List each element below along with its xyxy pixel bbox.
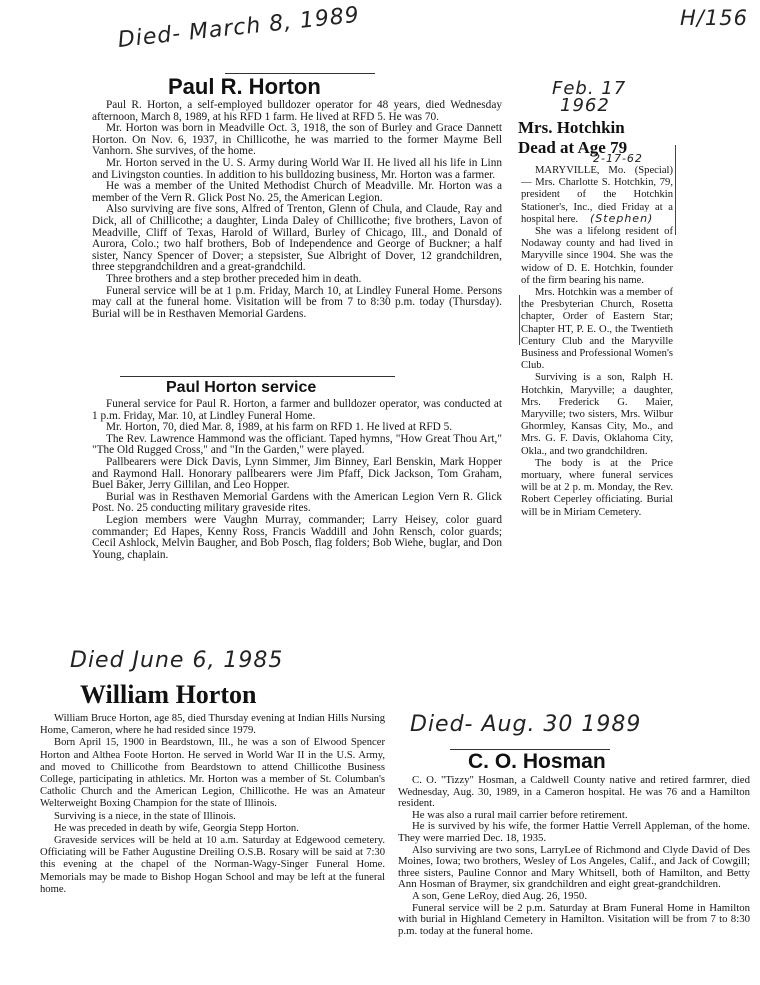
paragraph: William Bruce Horton, age 85, died Thurs… bbox=[40, 713, 385, 737]
handwritten-date-hotchkin-line2: 1962 bbox=[560, 95, 610, 116]
paragraph: Surviving is a niece, in the state of Il… bbox=[40, 811, 385, 823]
article-paul-horton-service: Funeral service for Paul R. Horton, a fa… bbox=[92, 399, 502, 561]
paragraph: C. O. "Tizzy" Hosman, a Caldwell County … bbox=[398, 775, 750, 810]
handwritten-date-co-hosman: Died- Aug. 30 1989 bbox=[410, 712, 641, 737]
paragraph: Pallbearers were Dick Davis, Lynn Simmer… bbox=[92, 457, 502, 492]
paragraph: The body is at the Price mortuary, where… bbox=[521, 458, 673, 519]
paragraph: Three brothers and a step brother preced… bbox=[92, 274, 502, 286]
headline-mrs-hotchkin-line1: Mrs. Hotchkin bbox=[518, 118, 625, 138]
paragraph: She was a lifelong resident of Nodaway c… bbox=[521, 226, 673, 287]
headline-co-hosman: C. O. Hosman bbox=[468, 750, 606, 774]
paragraph: He is survived by his wife, the former H… bbox=[398, 821, 750, 844]
paragraph: Also surviving are five sons, Alfred of … bbox=[92, 204, 502, 274]
headline-william-horton: William Horton bbox=[80, 680, 256, 710]
article-william-horton: William Bruce Horton, age 85, died Thurs… bbox=[40, 713, 385, 896]
headline-paul-horton: Paul R. Horton bbox=[168, 74, 321, 100]
paragraph: Mrs. Hotchkin was a member of the Presby… bbox=[521, 287, 673, 372]
margin-mark bbox=[675, 145, 676, 235]
paragraph: He was a member of the United Methodist … bbox=[92, 181, 502, 204]
handwritten-date-william-horton: Died June 6, 1985 bbox=[70, 648, 283, 673]
headline-paul-horton-service: Paul Horton service bbox=[166, 379, 316, 397]
handwritten-date-paul-horton: Died- March 8, 1989 bbox=[117, 3, 361, 53]
paragraph: Also surviving are two sons, LarryLee of… bbox=[398, 845, 750, 891]
article-co-hosman: C. O. "Tizzy" Hosman, a Caldwell County … bbox=[398, 775, 750, 937]
article-paul-horton: Paul R. Horton, a self-employed bulldoze… bbox=[92, 100, 502, 320]
paragraph: Paul R. Horton, a self-employed bulldoze… bbox=[92, 100, 502, 123]
section-rule bbox=[120, 376, 395, 377]
paragraph: A son, Gene LeRoy, died Aug. 26, 1950. bbox=[398, 891, 750, 903]
paragraph: Graveside services will be held at 10 a.… bbox=[40, 835, 385, 896]
paragraph: Funeral service will be 2 p.m. Saturday … bbox=[398, 903, 750, 938]
paragraph: Surviving is a son, Ralph H. Hotchkin, M… bbox=[521, 372, 673, 457]
handwritten-short-date-hotchkin: 2-17-62 bbox=[593, 152, 643, 165]
margin-mark bbox=[519, 295, 520, 345]
page-reference-handwritten: H/156 bbox=[680, 6, 748, 30]
paragraph: Burial was in Resthaven Memorial Gardens… bbox=[92, 492, 502, 515]
paragraph: The Rev. Lawrence Hammond was the offici… bbox=[92, 434, 502, 457]
paragraph: Mr. Horton was born in Meadville Oct. 3,… bbox=[92, 123, 502, 158]
paragraph: Funeral service for Paul R. Horton, a fa… bbox=[92, 399, 502, 422]
paragraph: Legion members were Vaughn Murray, comma… bbox=[92, 515, 502, 561]
handwritten-note-hotchkin: (Stephen) bbox=[590, 212, 653, 225]
paragraph: Born April 15, 1900 in Beardstown, Ill.,… bbox=[40, 737, 385, 810]
paragraph: He was preceded in death by wife, Georgi… bbox=[40, 823, 385, 835]
paragraph: Funeral service will be at 1 p.m. Friday… bbox=[92, 286, 502, 321]
paragraph: Mr. Horton served in the U. S. Army duri… bbox=[92, 158, 502, 181]
